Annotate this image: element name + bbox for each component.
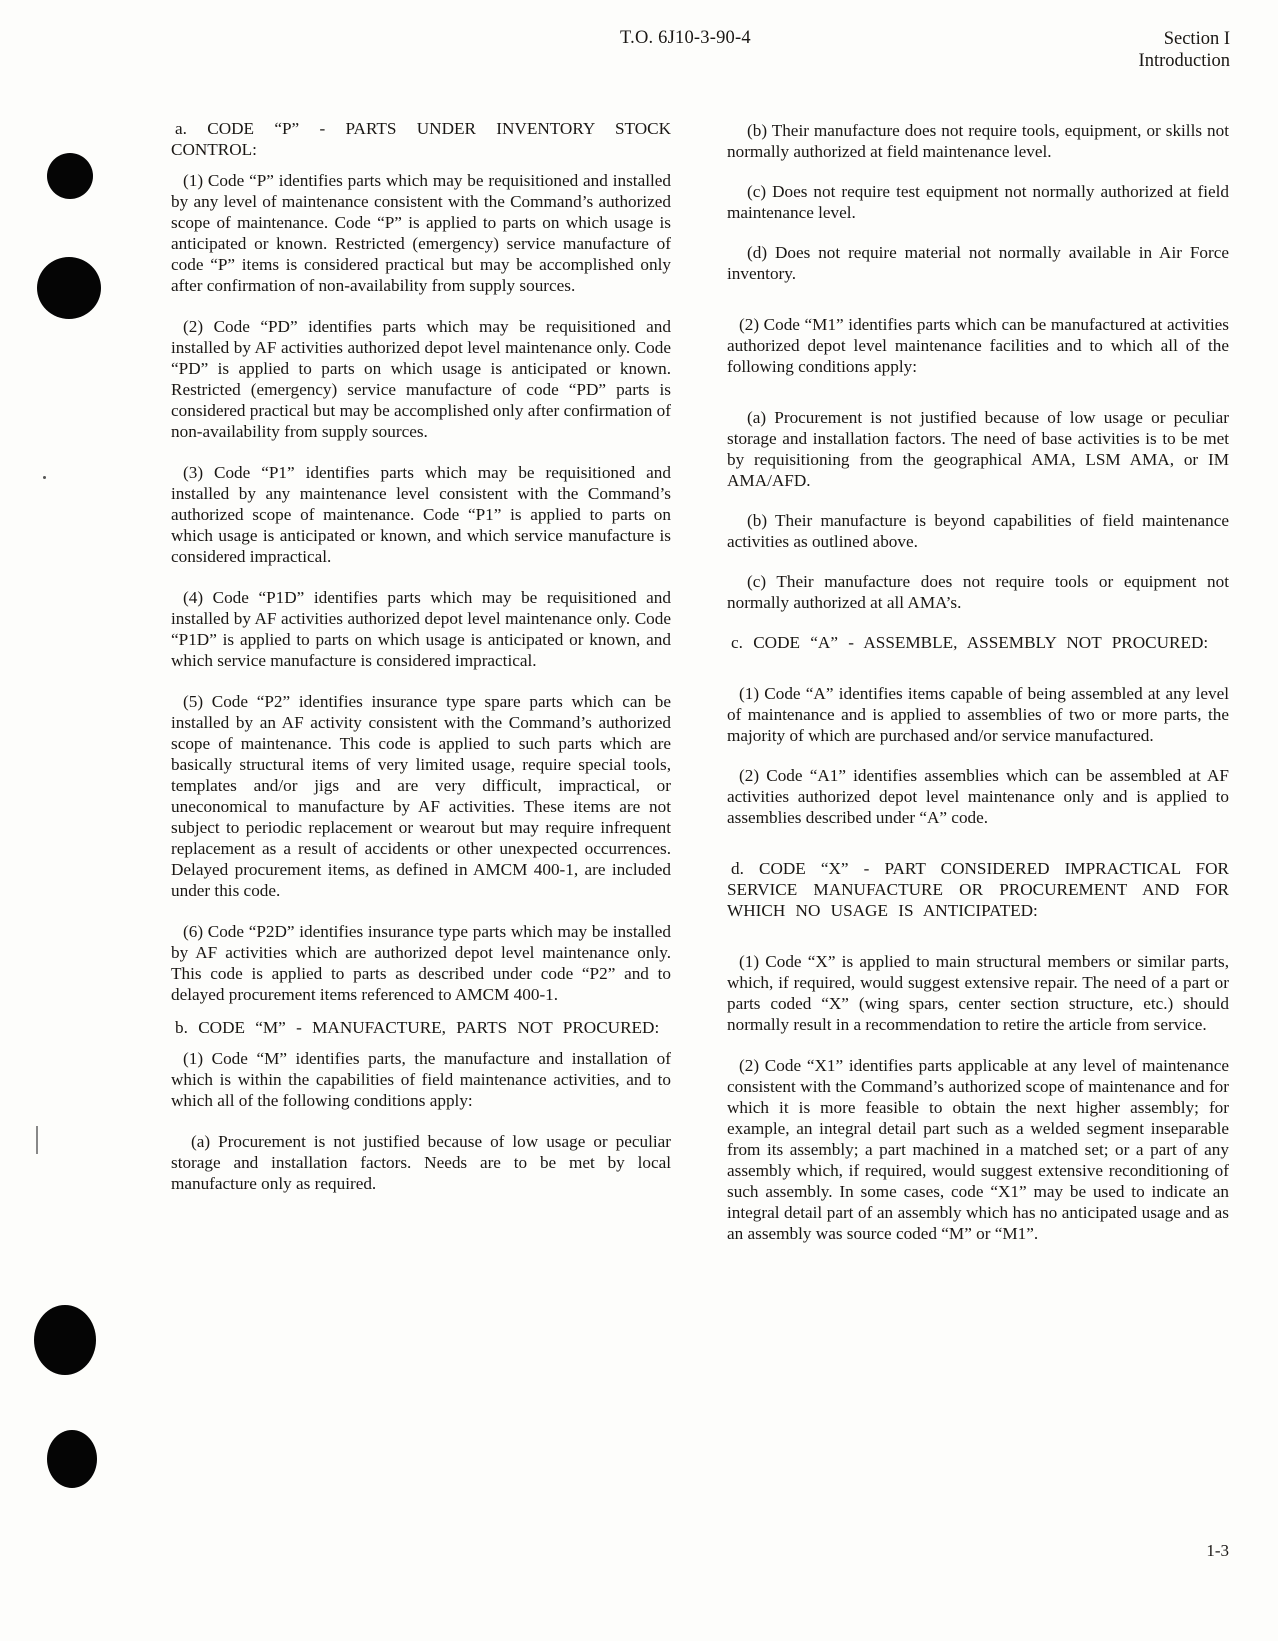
- punch-hole-2: [37, 257, 101, 319]
- punch-hole-4: [47, 1430, 97, 1488]
- paragraph-code-m: (1) Code “M” identifies parts, the manuf…: [171, 1048, 671, 1111]
- right-column: (b) Their manufacture does not require t…: [727, 120, 1229, 1244]
- section-heading-code-m: b. CODE “M” - MANUFACTURE, PARTS NOT PRO…: [171, 1017, 671, 1038]
- paragraph-code-p: (1) Code “P” identifies parts which may …: [171, 170, 671, 296]
- paragraph-code-p1: (3) Code “P1” identifies parts which may…: [171, 462, 671, 567]
- paragraph-code-m-condition-b: (b) Their manufacture does not require t…: [727, 120, 1229, 162]
- paragraph-code-x1: (2) Code “X1” identifies parts applicabl…: [727, 1055, 1229, 1244]
- paragraph-code-pd: (2) Code “PD” identifies parts which may…: [171, 316, 671, 442]
- section-title: Introduction: [1139, 50, 1230, 72]
- left-column: a. CODE “P” - PARTS UNDER INVENTORY STOC…: [171, 118, 671, 1194]
- section-heading-code-x: d. CODE “X” - PART CONSIDERED IMPRACTICA…: [727, 858, 1229, 921]
- paragraph-code-x: (1) Code “X” is applied to main structur…: [727, 951, 1229, 1035]
- scan-speck: [43, 476, 46, 479]
- paragraph-code-p1d: (4) Code “P1D” identifies parts which ma…: [171, 587, 671, 671]
- punch-hole-3: [34, 1305, 96, 1375]
- paragraph-code-p2: (5) Code “P2” identifies insurance type …: [171, 691, 671, 901]
- section-heading-code-p: a. CODE “P” - PARTS UNDER INVENTORY STOC…: [171, 118, 671, 160]
- paragraph-code-m1-condition-c: (c) Their manufacture does not require t…: [727, 571, 1229, 613]
- paragraph-code-p2d: (6) Code “P2D” identifies insurance type…: [171, 921, 671, 1005]
- paragraph-code-m1-condition-b: (b) Their manufacture is beyond capabili…: [727, 510, 1229, 552]
- section-label: Section I: [1139, 28, 1230, 50]
- paragraph-code-m-condition-a: (a) Procurement is not justified because…: [171, 1131, 671, 1194]
- section-header: Section I Introduction: [1139, 28, 1230, 72]
- paragraph-code-a1: (2) Code “A1” identifies assemblies whic…: [727, 765, 1229, 828]
- paragraph-code-m-condition-d: (d) Does not require material not normal…: [727, 242, 1229, 284]
- paragraph-code-a: (1) Code “A” identifies items capable of…: [727, 683, 1229, 746]
- section-heading-code-a: c. CODE “A” - ASSEMBLE, ASSEMBLY NOT PRO…: [727, 632, 1229, 653]
- punch-hole-1: [47, 153, 93, 199]
- paragraph-code-m-condition-c: (c) Does not require test equipment not …: [727, 181, 1229, 223]
- scan-mark: [36, 1126, 38, 1154]
- paragraph-code-m1: (2) Code “M1” identifies parts which can…: [727, 314, 1229, 377]
- page-number: 1-3: [1206, 1541, 1229, 1561]
- technical-order-number: T.O. 6J10-3-90-4: [620, 28, 751, 49]
- paragraph-code-m1-condition-a: (a) Procurement is not justified because…: [727, 407, 1229, 491]
